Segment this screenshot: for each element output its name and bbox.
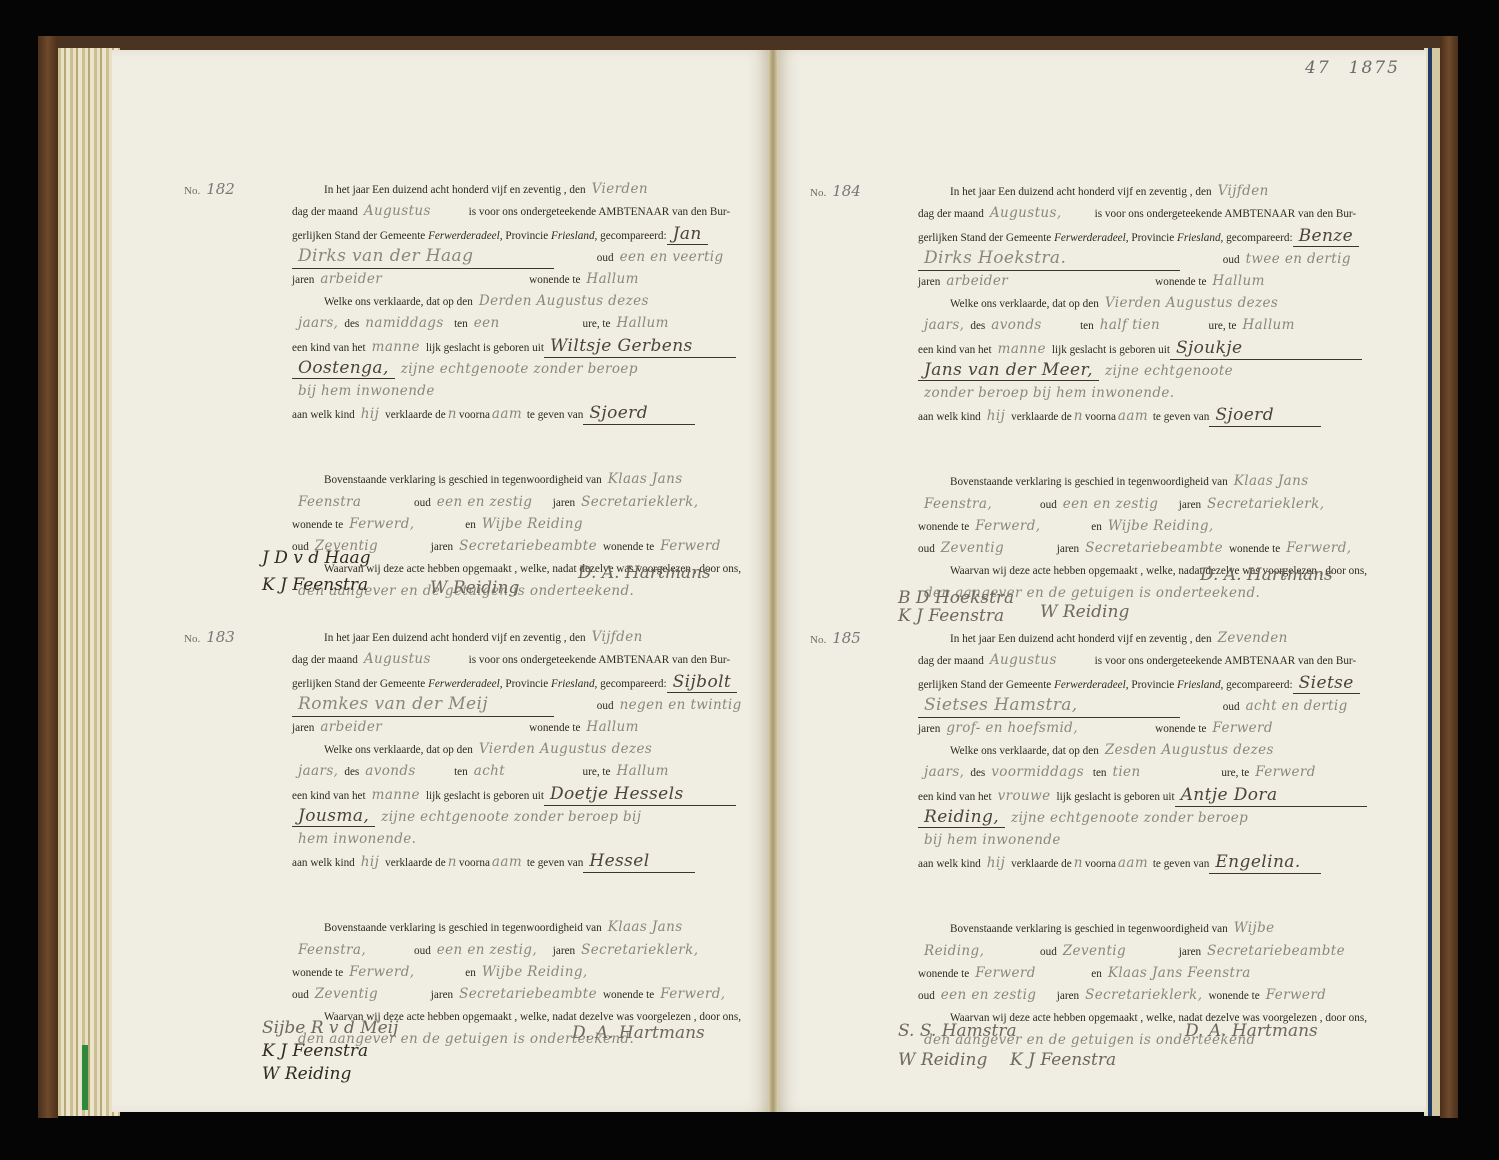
printed-text: wonende te: [918, 521, 969, 533]
declarant-occupation: arbeider: [314, 268, 526, 290]
signature: Sijbe R v d Meij: [262, 1018, 398, 1038]
handwritten-text: zonder beroep bij hem inwonende.: [918, 385, 1180, 401]
child-gender: manne: [366, 339, 426, 355]
birth-date: Derden Augustus dezes: [473, 293, 655, 309]
witness1-name: Klaas Jans: [602, 919, 689, 935]
handwritten-text: Feenstra,: [918, 493, 1040, 515]
handwritten-text: 183: [206, 628, 235, 646]
declarant-age: negen en twintig: [614, 697, 748, 713]
printed-text: gerlijken Stand der Gemeente: [918, 232, 1051, 244]
time-of-day: namiddags: [359, 312, 451, 334]
day-field: Vijfden: [1212, 183, 1275, 199]
handwritten-text: 185: [832, 629, 861, 647]
handwritten-text: n: [1072, 408, 1085, 424]
printed-text: te geven van: [1153, 858, 1210, 870]
printed-text: lijk geslacht is geboren uit: [1052, 344, 1170, 356]
printed-text: Bovenstaande verklaring is geschied in t…: [950, 476, 1228, 488]
handwritten-text: zijne echtgenoote zonder beroep bij: [375, 809, 647, 825]
witness2-residence: Ferwerd: [654, 538, 727, 554]
child-given-name: Sjoerd: [1209, 404, 1321, 427]
signature: W Reiding: [1040, 602, 1129, 622]
mother-last-name: Oostenga,: [292, 358, 395, 379]
printed-text: des: [344, 766, 359, 778]
printed-text: oud: [292, 989, 309, 1001]
book-cover-right: [1440, 36, 1458, 1118]
witness2-occupation: Secretariebeambte: [453, 986, 603, 1002]
birth-place: Ferwerd: [1249, 764, 1322, 780]
handwritten-text: n: [1072, 855, 1085, 871]
printed-text: ure, te: [583, 766, 611, 778]
signature: W Reiding: [262, 1064, 351, 1084]
printed-text: en: [1091, 968, 1102, 980]
declarant-name: Dirks Hoekstra.: [918, 247, 1180, 270]
declarant-occupation: arbeider: [940, 270, 1152, 292]
printed-text: een kind van het: [918, 791, 992, 803]
witness1-residence: Ferwerd,: [343, 961, 465, 983]
printed-text: wonende te: [529, 722, 580, 734]
printed-text: is voor ons ondergeteekende AMBTENAAR va…: [1095, 208, 1357, 220]
printed-text: is voor ons ondergeteekende AMBTENAAR va…: [469, 206, 731, 218]
mother-first-name: Sjoukje: [1170, 337, 1362, 360]
handwritten-text: aam: [490, 854, 524, 870]
printed-text: jaren: [1179, 946, 1201, 958]
witness1-name: Klaas Jans: [1228, 473, 1315, 489]
witness1-age: een en zestig: [1057, 493, 1179, 515]
mother-last-name: Reiding,: [918, 807, 1005, 828]
signature: D. A. Hartmans: [572, 1023, 705, 1043]
printed-text: In het jaar Een duizend acht honderd vij…: [324, 632, 586, 644]
printed-text: oud: [1223, 254, 1240, 266]
printed-text: voorna: [459, 857, 490, 869]
handwritten-text: 182: [206, 180, 235, 198]
day-field: Vierden: [586, 181, 654, 197]
declarant-first-name: Benze: [1293, 226, 1360, 247]
printed-text: jaren: [431, 541, 453, 553]
witness2-occupation: Secretarieklerk,: [1079, 987, 1208, 1003]
printed-text: Bovenstaande verklaring is geschied in t…: [324, 922, 602, 934]
printed-text: ure, te: [1221, 767, 1249, 779]
birth-record-185: No.185 In het jaar Een duizend acht hond…: [918, 627, 1367, 1052]
printed-text: Ferwerderadeel,: [428, 230, 502, 242]
witness1-name: Klaas Jans: [602, 471, 689, 487]
witness2-residence: Ferwerd: [1260, 987, 1333, 1003]
printed-text: een kind van het: [292, 342, 366, 354]
handwritten-text: hij: [981, 855, 1011, 871]
printed-text: jaren: [1179, 499, 1201, 511]
witness1-residence: Ferwerd: [969, 962, 1091, 984]
printed-text: jaren: [918, 276, 940, 288]
handwritten-text: n: [446, 854, 459, 870]
child-given-name: Sjoerd: [583, 402, 695, 425]
day-field: Vijfden: [586, 629, 649, 645]
declarant-age: een en veertig: [614, 249, 730, 265]
printed-text: gerlijken Stand der Gemeente: [292, 230, 425, 242]
child-given-name: Hessel: [583, 850, 695, 873]
printed-text: jaren: [431, 989, 453, 1001]
signature: K J Feenstra: [1010, 1050, 1116, 1070]
printed-text: verklaarde de: [385, 857, 446, 869]
birth-hour: tien: [1107, 761, 1219, 783]
declarant-occupation: arbeider: [314, 716, 526, 738]
printed-text: Friesland,: [551, 678, 597, 690]
signature: K J Feenstra: [262, 575, 368, 595]
printed-text: wonende te: [292, 519, 343, 531]
printed-text: wonende te: [1208, 990, 1259, 1002]
printed-text: Friesland,: [551, 230, 597, 242]
witness1-age: een en zestig,: [431, 939, 553, 961]
printed-text: te geven van: [1153, 411, 1210, 423]
declarant-first-name: Sijbolt: [667, 672, 738, 693]
printed-text: Friesland,: [1177, 679, 1223, 691]
page-edges-left: [58, 48, 120, 1116]
mother-first-name: Wiltsje Gerbens: [544, 335, 736, 358]
printed-text: voorna: [459, 409, 490, 421]
printed-text: dag der maand: [292, 206, 358, 218]
printed-text: dag der maand: [918, 655, 984, 667]
mother-first-name: Doetje Hessels: [544, 783, 736, 806]
birth-date: Vierden Augustus dezes: [1099, 295, 1284, 311]
printed-text: In het jaar Een duizend acht honderd vij…: [950, 186, 1212, 198]
handwritten-text: 184: [832, 182, 861, 200]
handwritten-text: hij: [355, 854, 385, 870]
printed-text: wonende te: [292, 967, 343, 979]
printed-text: Welke ons verklaarde, dat op den: [950, 298, 1099, 310]
printed-text: Welke ons verklaarde, dat op den: [950, 745, 1099, 757]
declarant-first-name: Sietse: [1293, 673, 1360, 694]
declarant-age: twee en dertig: [1240, 251, 1357, 267]
printed-text: verklaarde de: [1011, 858, 1072, 870]
birth-date: Vierden Augustus dezes: [473, 741, 658, 757]
birth-date: Zesden Augustus dezes: [1099, 742, 1280, 758]
handwritten-text: jaars,: [292, 315, 344, 331]
printed-text: en: [465, 967, 476, 979]
time-of-day: avonds: [359, 760, 451, 782]
printed-text: wonende te: [603, 989, 654, 1001]
printed-text: wonende te: [1155, 723, 1206, 735]
witness1-occupation: Secretariebeambte: [1201, 943, 1351, 959]
printed-text: Provincie: [1131, 679, 1174, 691]
record-number: No.182: [184, 178, 235, 202]
printed-text: jaren: [918, 723, 940, 735]
printed-text: No.: [810, 187, 826, 199]
printed-text: aan welk kind: [292, 409, 355, 421]
printed-text: wonende te: [529, 274, 580, 286]
book-cover-top: [38, 36, 1458, 50]
handwritten-text: Feenstra: [292, 491, 414, 513]
witness1-occupation: Secretarieklerk,: [575, 942, 704, 958]
printed-text: Welke ons verklaarde, dat op den: [324, 744, 473, 756]
printed-text: Welke ons verklaarde, dat op den: [324, 296, 473, 308]
mother-first-name: Antje Dora: [1175, 784, 1367, 807]
printed-text: No.: [184, 185, 200, 197]
printed-text: Provincie: [505, 678, 548, 690]
signature: D. A. Hartmans: [578, 563, 711, 583]
printed-text: oud: [414, 497, 431, 509]
printed-text: een kind van het: [918, 344, 992, 356]
declarant-occupation: grof- en hoefsmid,: [940, 717, 1152, 739]
child-given-name: Engelina.: [1209, 851, 1321, 874]
handwritten-text: Reiding,: [918, 940, 1040, 962]
printed-text: Provincie: [505, 230, 548, 242]
printed-text: voorna: [1085, 858, 1116, 870]
witness1-residence: Ferwerd,: [343, 513, 465, 535]
handwritten-text: bij hem inwonende: [918, 832, 1067, 848]
printed-text: gecompareerd:: [600, 678, 666, 690]
printed-text: wonende te: [918, 968, 969, 980]
birth-place: Hallum: [611, 763, 675, 779]
handwritten-text: zijne echtgenoote zonder beroep: [1005, 810, 1254, 826]
witness1-name: Wijbe: [1228, 920, 1281, 936]
birth-place: Hallum: [611, 315, 675, 331]
printed-text: ten: [454, 318, 468, 330]
printed-text: is voor ons ondergeteekende AMBTENAAR va…: [1095, 655, 1357, 667]
printed-text: ten: [454, 766, 468, 778]
witness2-name: Wijbe Reiding: [476, 516, 589, 532]
printed-text: lijk geslacht is geboren uit: [1057, 791, 1175, 803]
mother-last-name: Jousma,: [292, 806, 375, 827]
month-field: Augustus: [984, 649, 1092, 671]
witness2-occupation: Secretariebeambte: [1079, 540, 1229, 556]
witness1-age: een en zestig: [431, 491, 553, 513]
printed-text: jaren: [292, 722, 314, 734]
printed-text: Ferwerderadeel,: [1054, 679, 1128, 691]
printed-text: Bovenstaande verklaring is geschied in t…: [950, 923, 1228, 935]
child-gender: vrouwe: [992, 788, 1057, 804]
witness1-occupation: Secretarieklerk,: [1201, 496, 1330, 512]
printed-text: en: [1091, 521, 1102, 533]
printed-text: Friesland,: [1177, 232, 1223, 244]
printed-text: wonende te: [1155, 276, 1206, 288]
printed-text: jaren: [553, 497, 575, 509]
printed-text: ure, te: [1209, 320, 1237, 332]
printed-text: lijk geslacht is geboren uit: [426, 790, 544, 802]
witness1-residence: Ferwerd,: [969, 515, 1091, 537]
folio-number: 471875: [1305, 58, 1418, 78]
birth-hour: half tien: [1094, 314, 1206, 336]
birth-hour: acht: [468, 760, 580, 782]
printed-text: wonende te: [1229, 543, 1280, 555]
printed-text: gecompareerd:: [600, 230, 666, 242]
day-field: Zevenden: [1212, 630, 1294, 646]
printed-text: oud: [918, 543, 935, 555]
printed-text: Bovenstaande verklaring is geschied in t…: [324, 474, 602, 486]
declarant-first-name: Jan: [667, 224, 708, 245]
printed-text: oud: [918, 990, 935, 1002]
declarant-residence: Hallum: [1206, 273, 1270, 289]
printed-text: ten: [1080, 320, 1094, 332]
printed-text: te geven van: [527, 857, 584, 869]
record-number: No.185: [810, 627, 861, 651]
declarant-residence: Hallum: [580, 271, 644, 287]
signature: K J Feenstra: [262, 1041, 368, 1061]
printed-text: oud: [597, 252, 614, 264]
printed-text: aan welk kind: [918, 411, 981, 423]
handwritten-text: bij hem inwonende: [292, 383, 441, 399]
printed-text: gecompareerd:: [1226, 232, 1292, 244]
declarant-residence: Hallum: [580, 719, 644, 735]
month-field: Augustus,: [984, 202, 1092, 224]
witness2-residence: Ferwerd,: [654, 986, 731, 1002]
signature: W Reiding: [430, 578, 519, 598]
printed-text: No.: [810, 634, 826, 646]
declarant-residence: Ferwerd: [1206, 720, 1279, 736]
printed-text: No.: [184, 633, 200, 645]
handwritten-text: Feenstra,: [292, 939, 414, 961]
printed-text: gecompareerd:: [1226, 679, 1292, 691]
printed-text: In het jaar Een duizend acht honderd vij…: [324, 184, 586, 196]
birth-hour: een: [468, 312, 580, 334]
signature: K J Feenstra: [898, 606, 1004, 626]
bookmark-ribbon: [82, 1045, 88, 1110]
witness2-age: Zeventig: [935, 537, 1057, 559]
page-edges-right: [1424, 48, 1440, 1116]
signature: D. A. Hartmans: [1185, 1021, 1318, 1041]
book-gutter: [768, 50, 778, 1112]
printed-text: wonende te: [603, 541, 654, 553]
printed-text: oud: [1040, 946, 1057, 958]
printed-text: oud: [414, 945, 431, 957]
printed-text: een kind van het: [292, 790, 366, 802]
witness1-age: Zeventig: [1057, 940, 1179, 962]
birth-record-183: No.183 In het jaar Een duizend acht hond…: [292, 626, 748, 1051]
witness2-age: Zeventig: [309, 983, 431, 1005]
record-number: No.183: [184, 626, 235, 650]
printed-text: aan welk kind: [292, 857, 355, 869]
birth-record-182: No.182 In het jaar Een duizend acht hond…: [292, 178, 741, 603]
signature: J D v d Haag: [262, 548, 371, 568]
month-field: Augustus: [358, 648, 466, 670]
printed-text: jaren: [292, 274, 314, 286]
printed-text: Ferwerderadeel,: [1054, 232, 1128, 244]
witness2-residence: Ferwerd,: [1280, 540, 1357, 556]
printed-text: is voor ons ondergeteekende AMBTENAAR va…: [469, 654, 731, 666]
book-cover-spine-left: [38, 36, 58, 1118]
witness2-age: een en zestig: [935, 984, 1057, 1006]
printed-text: dag der maand: [292, 654, 358, 666]
handwritten-text: hij: [355, 406, 385, 422]
witness1-occupation: Secretarieklerk,: [575, 494, 704, 510]
printed-text: des: [344, 318, 359, 330]
handwritten-text: zijne echtgenoote zonder beroep: [395, 361, 644, 377]
printed-text: gerlijken Stand der Gemeente: [292, 678, 425, 690]
printed-text: Ferwerderadeel,: [428, 678, 502, 690]
printed-text: verklaarde de: [1011, 411, 1072, 423]
printed-text: dag der maand: [918, 208, 984, 220]
printed-text: te geven van: [527, 409, 584, 421]
printed-text: des: [970, 320, 985, 332]
handwritten-text: jaars,: [918, 317, 970, 333]
child-gender: manne: [366, 787, 426, 803]
handwritten-text: aam: [1116, 855, 1150, 871]
printed-text: oud: [597, 700, 614, 712]
birth-place: Hallum: [1237, 317, 1301, 333]
printed-text: gerlijken Stand der Gemeente: [918, 679, 1051, 691]
mother-last-name: Jans van der Meer,: [918, 360, 1099, 381]
witness2-occupation: Secretariebeambte: [453, 538, 603, 554]
witness2-name: Wijbe Reiding,: [476, 964, 594, 980]
signature: W Reiding: [898, 1050, 987, 1070]
printed-text: In het jaar Een duizend acht honderd vij…: [950, 633, 1212, 645]
signature: D. A. Hartmans: [1200, 565, 1333, 585]
declarant-name: Sietses Hamstra,: [918, 694, 1180, 717]
signature: B D Hoekstra: [898, 588, 1014, 608]
printed-text: des: [970, 767, 985, 779]
signature: S. S. Hamstra: [898, 1021, 1017, 1041]
child-gender: manne: [992, 341, 1052, 357]
handwritten-text: hij: [981, 408, 1011, 424]
handwritten-text: n: [446, 406, 459, 422]
printed-text: Provincie: [1131, 232, 1174, 244]
witness2-name: Klaas Jans Feenstra: [1102, 965, 1257, 981]
handwritten-text: jaars,: [292, 763, 344, 779]
printed-text: oud: [1040, 499, 1057, 511]
printed-text: jaren: [1057, 990, 1079, 1002]
time-of-day: voormiddags: [985, 761, 1090, 783]
handwritten-text: aam: [490, 406, 524, 422]
declarant-name: Dirks van der Haag: [292, 245, 554, 268]
handwritten-text: jaars,: [918, 764, 970, 780]
month-field: Augustus: [358, 200, 466, 222]
printed-text: ure, te: [583, 318, 611, 330]
printed-text: lijk geslacht is geboren uit: [426, 342, 544, 354]
printed-text: en: [465, 519, 476, 531]
time-of-day: avonds: [985, 314, 1077, 336]
printed-text: jaren: [1057, 543, 1079, 555]
declarant-name: Romkes van der Meij: [292, 693, 554, 716]
witness2-name: Wijbe Reiding,: [1102, 518, 1220, 534]
printed-text: ten: [1093, 767, 1107, 779]
handwritten-text: hem inwonende.: [292, 831, 422, 847]
handwritten-text: aam: [1116, 408, 1150, 424]
record-number: No.184: [810, 180, 861, 204]
printed-text: voorna: [1085, 411, 1116, 423]
printed-text: aan welk kind: [918, 858, 981, 870]
declarant-age: acht en dertig: [1240, 698, 1354, 714]
printed-text: verklaarde de: [385, 409, 446, 421]
printed-text: oud: [1223, 701, 1240, 713]
handwritten-text: zijne echtgenoote: [1099, 363, 1239, 379]
printed-text: jaren: [553, 945, 575, 957]
birth-record-184: No.184 In het jaar Een duizend acht hond…: [918, 180, 1367, 605]
